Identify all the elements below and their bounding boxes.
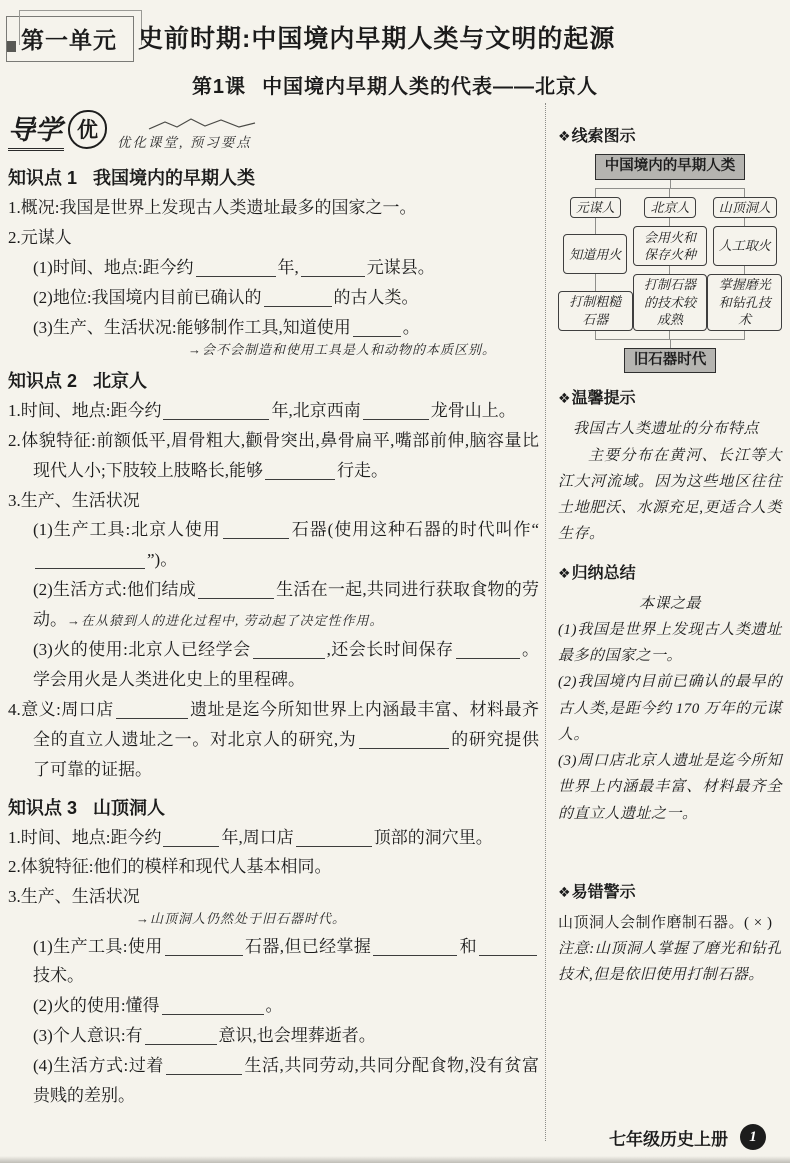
text-run: (3)生产、生活状况:能够制作工具,知道使用 xyxy=(33,318,351,337)
answer-blank[interactable] xyxy=(35,551,145,569)
study-line: (1)生产工具:使用石器,但已经掌握和技术。 xyxy=(33,932,539,992)
text-run: 。 xyxy=(266,996,283,1015)
brand-logo: 导学 优 优化课堂, 预习要点 xyxy=(8,103,539,155)
knowledge-point-content: 知识点 1我国境内的早期人类1.概况:我国是世界上发现古人类遗址最多的国家之一。… xyxy=(8,164,539,1111)
study-line: (4)生活方式:过着生活,共同劳动,共同分配食物,没有贫富贵贱的差别。 xyxy=(33,1051,539,1111)
connector-line xyxy=(670,340,671,348)
answer-blank[interactable] xyxy=(264,289,332,307)
warning-note: 注意:山顶洞人掌握了磨光和钻孔技术,但是依旧使用打制石器。 xyxy=(558,936,782,989)
study-line: (3)火的使用:北京人已经学会,还会长时间保存。学会用火是人类进化史上的里程碑。 xyxy=(33,635,539,695)
flowchart-column: 元谋人知道用火打制粗糙石器 xyxy=(558,189,633,339)
lesson-title: 第1课中国境内早期人类的代表——北京人 xyxy=(0,70,790,99)
study-line: (2)生活方式:他们结成生活在一起,共同进行获取食物的劳动。→在从猿到人的进化过… xyxy=(33,575,539,635)
flowchart-fire-node: 知道用火 xyxy=(563,234,627,274)
answer-blank[interactable] xyxy=(456,641,520,659)
handwritten-annotation: →山顶洞人仍然处于旧石器时代。 xyxy=(136,911,539,927)
text-run: 2.元谋人 xyxy=(8,228,72,247)
connector-line xyxy=(744,218,745,226)
handwritten-annotation: →在从猿到人的进化过程中, 劳动起了决定性作用。 xyxy=(67,613,384,628)
study-line: 2.元谋人 xyxy=(8,223,539,253)
text-run: 技术。 xyxy=(33,966,84,985)
knowledge-point-number: 知识点 2 xyxy=(8,371,77,391)
summary-item: (3)周口店北京人遗址是迄今所知世界上内涵最丰富、材料最齐全的直立人遗址之一。 xyxy=(558,748,782,827)
knowledge-point-number: 知识点 1 xyxy=(8,168,77,188)
text-run: 石器(使用这种石器的时代叫作“ xyxy=(291,520,539,539)
text-run: (2)地位:我国境内目前已确认的 xyxy=(33,288,262,307)
text-run: (2)生活方式:他们结成 xyxy=(33,580,196,599)
mountain-doodle-icon xyxy=(147,117,257,131)
connector-line xyxy=(595,218,596,234)
text-run: 4.意义:周口店 xyxy=(8,700,114,719)
answer-blank[interactable] xyxy=(301,259,365,277)
knowledge-point-name: 山顶洞人 xyxy=(93,798,165,818)
text-run: 年, xyxy=(278,258,299,277)
answer-blank[interactable] xyxy=(163,402,269,420)
knowledge-point-heading: 知识点 2北京人 xyxy=(8,367,539,393)
text-run: 2.体貌特征:他们的模样和现代人基本相同。 xyxy=(8,857,331,876)
text-run: 3.生产、生活状况 xyxy=(8,491,140,510)
unit-label-box: 第一单元 xyxy=(6,16,134,62)
knowledge-point-name: 我国境内的早期人类 xyxy=(93,168,255,188)
flowchart-root-node: 中国境内的早期人类 xyxy=(595,154,746,180)
text-run: 。 xyxy=(403,318,420,337)
knowledge-point-heading: 知识点 3山顶洞人 xyxy=(8,794,539,820)
answer-blank[interactable] xyxy=(166,1057,242,1075)
page-number-badge: 1 xyxy=(740,1124,766,1150)
brand-slogan: 优化课堂, 预习要点 xyxy=(117,131,252,151)
answer-blank[interactable] xyxy=(296,829,372,847)
brand-tagline: 优化课堂, 预习要点 xyxy=(117,117,257,151)
text-run: 石器,但已经掌握 xyxy=(245,937,372,956)
text-run: 元谋县。 xyxy=(367,258,435,277)
flowchart-tool-node: 打制粗糙石器 xyxy=(558,291,633,331)
tips-body: 主要分布在黄河、长江等大江大河流域。因为这些地区往往土地肥沃、水源充足,更适合人… xyxy=(558,443,782,548)
answer-blank[interactable] xyxy=(223,521,289,539)
text-run: 意识,也会埋葬逝者。 xyxy=(219,1026,376,1045)
flowchart-fire-node: 会用火和保存火种 xyxy=(633,226,708,266)
text-run: 顶部的洞穴里。 xyxy=(374,828,493,847)
text-run: ,还会长时间保存 xyxy=(327,640,454,659)
answer-blank[interactable] xyxy=(359,731,449,749)
answer-blank[interactable] xyxy=(253,641,325,659)
diamond-icon: ❖ xyxy=(558,128,571,144)
section-title-text: 易错警示 xyxy=(572,884,636,901)
study-line: 1.时间、地点:距今约年,周口店顶部的洞穴里。 xyxy=(8,823,539,853)
sidebar-section-clue-title: ❖线索图示 xyxy=(558,123,782,146)
text-run: 1.概况:我国是世界上发现古人类遗址最多的国家之一。 xyxy=(8,198,416,217)
connector-line xyxy=(744,266,745,274)
connector-line xyxy=(669,189,670,197)
answer-blank[interactable] xyxy=(163,829,219,847)
connector-line xyxy=(670,180,671,188)
main-column: 导学 优 优化课堂, 预习要点 知识点 1我国境内的早期人类1.概况:我国是世界… xyxy=(0,103,545,1141)
book-title: 七年级历史上册 xyxy=(609,1125,728,1150)
diamond-icon: ❖ xyxy=(558,390,571,406)
flowchart-human-node: 元谋人 xyxy=(570,197,621,219)
summary-item: (2)我国境内目前已确认的最早的古人类,是距今约 170 万年的元谋人。 xyxy=(558,669,782,748)
sidebar-section-summary-title: ❖归纳总结 xyxy=(558,560,782,583)
text-run: (1)生产工具:北京人使用 xyxy=(33,520,221,539)
text-run: 1.时间、地点:距今约 xyxy=(8,828,161,847)
flowchart-columns: 元谋人知道用火打制粗糙石器北京人会用火和保存火种打制石器的技术较成熟山顶洞人人工… xyxy=(558,189,782,339)
flowchart-human-node: 山顶洞人 xyxy=(713,197,777,219)
study-line: 4.意义:周口店遗址是迄今所知世界上内涵最丰富、材料最齐全的直立人遗址之一。对北… xyxy=(8,695,539,785)
text-run: 龙骨山上。 xyxy=(431,401,516,420)
lesson-name: 中国境内早期人类的代表——北京人 xyxy=(262,76,598,98)
answer-blank[interactable] xyxy=(265,462,335,480)
text-run: (1)时间、地点:距今约 xyxy=(33,258,194,277)
summary-item: (1)我国是世界上发现古人类遗址最多的国家之一。 xyxy=(558,617,782,670)
diamond-icon: ❖ xyxy=(558,884,571,900)
study-line: 2.体貌特征:前额低平,眉骨粗大,颧骨突出,鼻骨扁平,嘴部前伸,脑容量比现代人小… xyxy=(8,426,539,486)
knowledge-point-name: 北京人 xyxy=(93,371,147,391)
connector-line xyxy=(595,274,596,290)
study-line: 3.生产、生活状况 xyxy=(8,882,539,912)
text-run: (4)生活方式:过着 xyxy=(33,1056,164,1075)
flowchart-fire-node: 人工取火 xyxy=(713,226,777,266)
text-run: 的古人类。 xyxy=(334,288,419,307)
connector-line xyxy=(595,189,596,197)
corner-mark xyxy=(7,41,16,52)
study-line: 1.时间、地点:距今约年,北京西南龙骨山上。 xyxy=(8,396,539,426)
sidebar-section-tips-title: ❖温馨提示 xyxy=(558,385,782,408)
answer-blank[interactable] xyxy=(479,938,537,956)
text-run: (3)火的使用:北京人已经学会 xyxy=(33,640,251,659)
content-columns: 导学 优 优化课堂, 预习要点 知识点 1我国境内的早期人类1.概况:我国是世界… xyxy=(0,103,790,1141)
text-run: 1.时间、地点:距今约 xyxy=(8,401,161,420)
answer-blank[interactable] xyxy=(165,938,243,956)
lesson-number: 第1课 xyxy=(192,76,246,98)
flowchart-column: 山顶洞人人工取火掌握磨光和钻孔技术 xyxy=(707,189,782,339)
connector-line xyxy=(669,266,670,274)
knowledge-point-number: 知识点 3 xyxy=(8,798,77,818)
summary-subtitle: 本课之最 xyxy=(558,591,782,617)
connector-line xyxy=(595,331,596,339)
handwritten-annotation: →会不会制造和使用工具是人和动物的本质区别。 xyxy=(188,342,539,358)
connector-line xyxy=(669,218,670,226)
scan-shadow xyxy=(0,1156,790,1163)
page-footer: 七年级历史上册 1 xyxy=(609,1124,766,1150)
study-line: (1)时间、地点:距今约年,元谋县。 xyxy=(33,253,539,283)
section-title-text: 线索图示 xyxy=(572,128,636,145)
sidebar-column: ❖线索图示 中国境内的早期人类 元谋人知道用火打制粗糙石器北京人会用火和保存火种… xyxy=(545,103,790,1141)
answer-blank[interactable] xyxy=(373,938,457,956)
tips-subtitle: 我国古人类遗址的分布特点 xyxy=(558,416,782,442)
text-run: (3)个人意识:有 xyxy=(33,1026,143,1045)
text-run: 和 xyxy=(459,937,477,956)
study-line: 1.概况:我国是世界上发现古人类遗址最多的国家之一。 xyxy=(8,193,539,223)
text-run: (2)火的使用:懂得 xyxy=(33,996,160,1015)
workbook-page: 第一单元 史前时期:中国境内早期人类与文明的起源 第1课中国境内早期人类的代表—… xyxy=(0,0,790,1163)
answer-blank[interactable] xyxy=(198,581,274,599)
knowledge-point-heading: 知识点 1我国境内的早期人类 xyxy=(8,164,539,190)
study-line: (2)地位:我国境内目前已确认的的古人类。 xyxy=(33,283,539,313)
section-title-text: 温馨提示 xyxy=(572,390,636,407)
study-line: (3)个人意识:有意识,也会埋葬逝者。 xyxy=(33,1021,539,1051)
study-line: 2.体貌特征:他们的模样和现代人基本相同。 xyxy=(8,852,539,882)
warning-statement: 山顶洞人会制作磨制石器。( × ) xyxy=(558,910,782,936)
study-line: (2)火的使用:懂得。 xyxy=(33,991,539,1021)
flowchart-column: 北京人会用火和保存火种打制石器的技术较成熟 xyxy=(633,189,708,339)
text-run: 行走。 xyxy=(337,461,388,480)
study-line: (1)生产工具:北京人使用石器(使用这种石器的时代叫作“”)。 xyxy=(33,515,539,575)
flowchart-human-node: 北京人 xyxy=(644,197,695,219)
unit-label: 第一单元 xyxy=(21,27,117,53)
text-run: 年,周口店 xyxy=(221,828,293,847)
answer-blank[interactable] xyxy=(363,402,429,420)
section-title-text: 归纳总结 xyxy=(572,565,636,582)
text-run: 3.生产、生活状况 xyxy=(8,887,140,906)
study-line: 3.生产、生活状况 xyxy=(8,486,539,516)
text-run: 年,北京西南 xyxy=(271,401,360,420)
clue-flowchart: 中国境内的早期人类 元谋人知道用火打制粗糙石器北京人会用火和保存火种打制石器的技… xyxy=(558,154,782,373)
brand-badge-icon: 优 xyxy=(68,110,107,149)
connector-line xyxy=(669,331,670,339)
unit-title: 史前时期:中国境内早期人类与文明的起源 xyxy=(138,19,615,55)
answer-blank[interactable] xyxy=(353,319,401,337)
answer-blank[interactable] xyxy=(162,997,264,1015)
diamond-icon: ❖ xyxy=(558,565,571,581)
connector-line xyxy=(744,189,745,197)
flowchart-tool-node: 掌握磨光和钻孔技术 xyxy=(707,274,782,331)
flowchart-era-node: 旧石器时代 xyxy=(624,348,717,374)
text-run: ”)。 xyxy=(147,550,177,569)
answer-blank[interactable] xyxy=(116,701,188,719)
connector-line xyxy=(744,331,745,339)
flowchart-tool-node: 打制石器的技术较成熟 xyxy=(633,274,708,331)
sidebar-section-warning-title: ❖易错警示 xyxy=(558,879,782,902)
answer-blank[interactable] xyxy=(196,259,276,277)
answer-blank[interactable] xyxy=(145,1027,217,1045)
text-run: (1)生产工具:使用 xyxy=(33,937,163,956)
study-line: (3)生产、生活状况:能够制作工具,知道使用。 xyxy=(33,313,539,343)
brand-name: 导学 xyxy=(8,108,64,151)
